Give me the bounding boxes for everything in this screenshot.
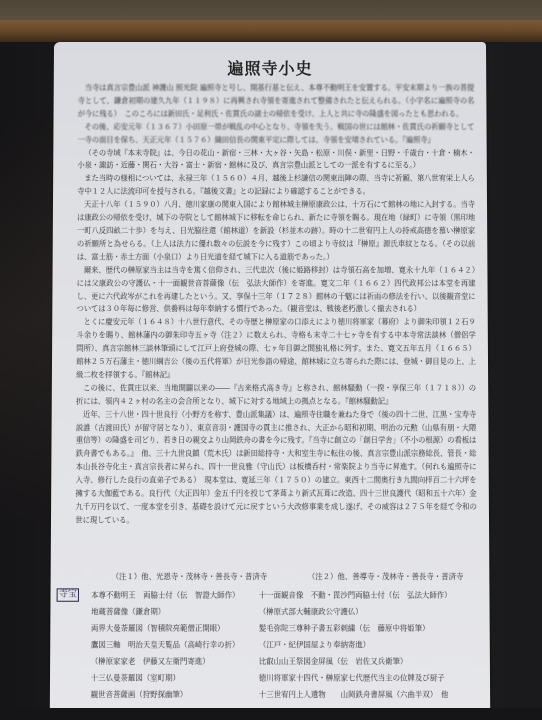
treasures-list: 本尊不動明王 両脇士付（伝 智證大師作） 十一面観音像 不動・毘沙門両脇士付（伝… (91, 590, 468, 700)
wall-background (0, 0, 542, 22)
treasure-item: 徳川将軍家十四代・榊原家七代歴代当主の位牌及び厨子 (259, 673, 468, 683)
treasure-item: 髪毛弥陀三尊种子書五彩刺繍（伝 藤原中将姫筆） (259, 623, 468, 633)
treasure-item: 比叡山山王祭図金屏風（伝 岩佐又兵衛筆） (259, 657, 468, 667)
paragraph-medieval: その後、応安元年（１３６７）小田原一帯が戦乱の中心となり、寺領を失う。戦国の世に… (77, 121, 474, 147)
footnote-1: （注１）他、光恩寺・茂林寺・善長寺・普済寺 (112, 572, 268, 582)
treasure-item: 鷹図三軸 明治天皇天覧品（高崎行幸の折） (91, 640, 259, 650)
treasure-item: （江戸・紀伊国屋より奉納寄進） (259, 640, 468, 650)
paragraph-tensho: 天正十八年（１５９０）八月、徳川家康の関東入国により館林城主榊原康政公は、十万石… (77, 199, 476, 264)
document-sheet: 遍照寺小史 当寺は真言宗豊山派 神護山 照光院 遍照寺と号し、開基行基と伝え、本… (50, 42, 491, 720)
paragraph-sakakibara: 爾来、歴代の榊原家当主は当寺を篤く信仰され、三代忠次（後に姫路移封）は寺領石高を… (76, 264, 475, 316)
treasure-item: 十三仏曼荼羅図（室町期） (91, 673, 259, 683)
treasure-item: 両界大曼荼羅図（智積院亮範僧正開眼） (91, 623, 259, 633)
treasure-item: （榊原式部大輔康政公守護仏） (259, 607, 467, 617)
paragraph-eiroku: また当時の様相については、永禄三年（１５６０）４月、越後上杉謙信の関東出陣の際、… (77, 173, 475, 199)
treasure-item: （榊原家家老 伊藤又左衛門寄進） (91, 657, 259, 667)
treasure-item: 本尊不動明王 両脇士付（伝 智證大師作） (91, 590, 259, 600)
paragraph-keian: とくに慶安元年（１６４８）十八世行意代、その寺歴と榊原家の口添えにより徳川将軍家… (76, 316, 476, 382)
paragraph-kyoho: この後に、佐貫庄以来、当地開闢以来の――『古来格式高き寺』と称され、館林騒動（一… (76, 382, 476, 408)
document-title: 遍照寺小史 (54, 56, 486, 79)
paragraph-temple-domain: （その寺域『本末寺院』は、今日の花山・新宿・三林・大ヶ谷・矢島・松原・川俣・新里… (77, 147, 475, 173)
treasures-label: 寺宝 (57, 588, 79, 601)
paragraph-modern: 近年、三十八世・四十世良行（小野方を称す、豊山派集議）は、遍照寺住職を兼ねた身で… (75, 408, 477, 527)
document-body: 当寺は真言宗豊山派 神護山 照光院 遍照寺と号し、開基行基と伝え、本尊不動明王を… (75, 82, 477, 527)
treasure-item: 地蔵菩薩像（鎌倉期） (91, 607, 259, 617)
footnote-2: （注２）他、善導寺・茂林寺・善長寺・普済寺 (308, 572, 464, 582)
wooden-frame-rail (0, 20, 542, 42)
treasure-item: 観世音菩薩画（狩野探幽筆） (91, 690, 259, 700)
treasure-item: 十一面観音像 不動・毘沙門両脇士付（伝 弘法大師作） (259, 590, 467, 600)
treasure-item: 十三世宥円上人遺物 山岡鉄舟書屏風（六曲半双） 他 (259, 690, 468, 700)
paragraph-origin: 当寺は真言宗豊山派 神護山 照光院 遍照寺と号し、開基行基と伝え、本尊不動明王を… (78, 82, 475, 121)
bottom-edge-shadow (0, 708, 542, 720)
footnotes: （注１）他、光恩寺・茂林寺・善長寺・普済寺 （注２）他、善導寺・茂林寺・善長寺・… (112, 572, 478, 582)
